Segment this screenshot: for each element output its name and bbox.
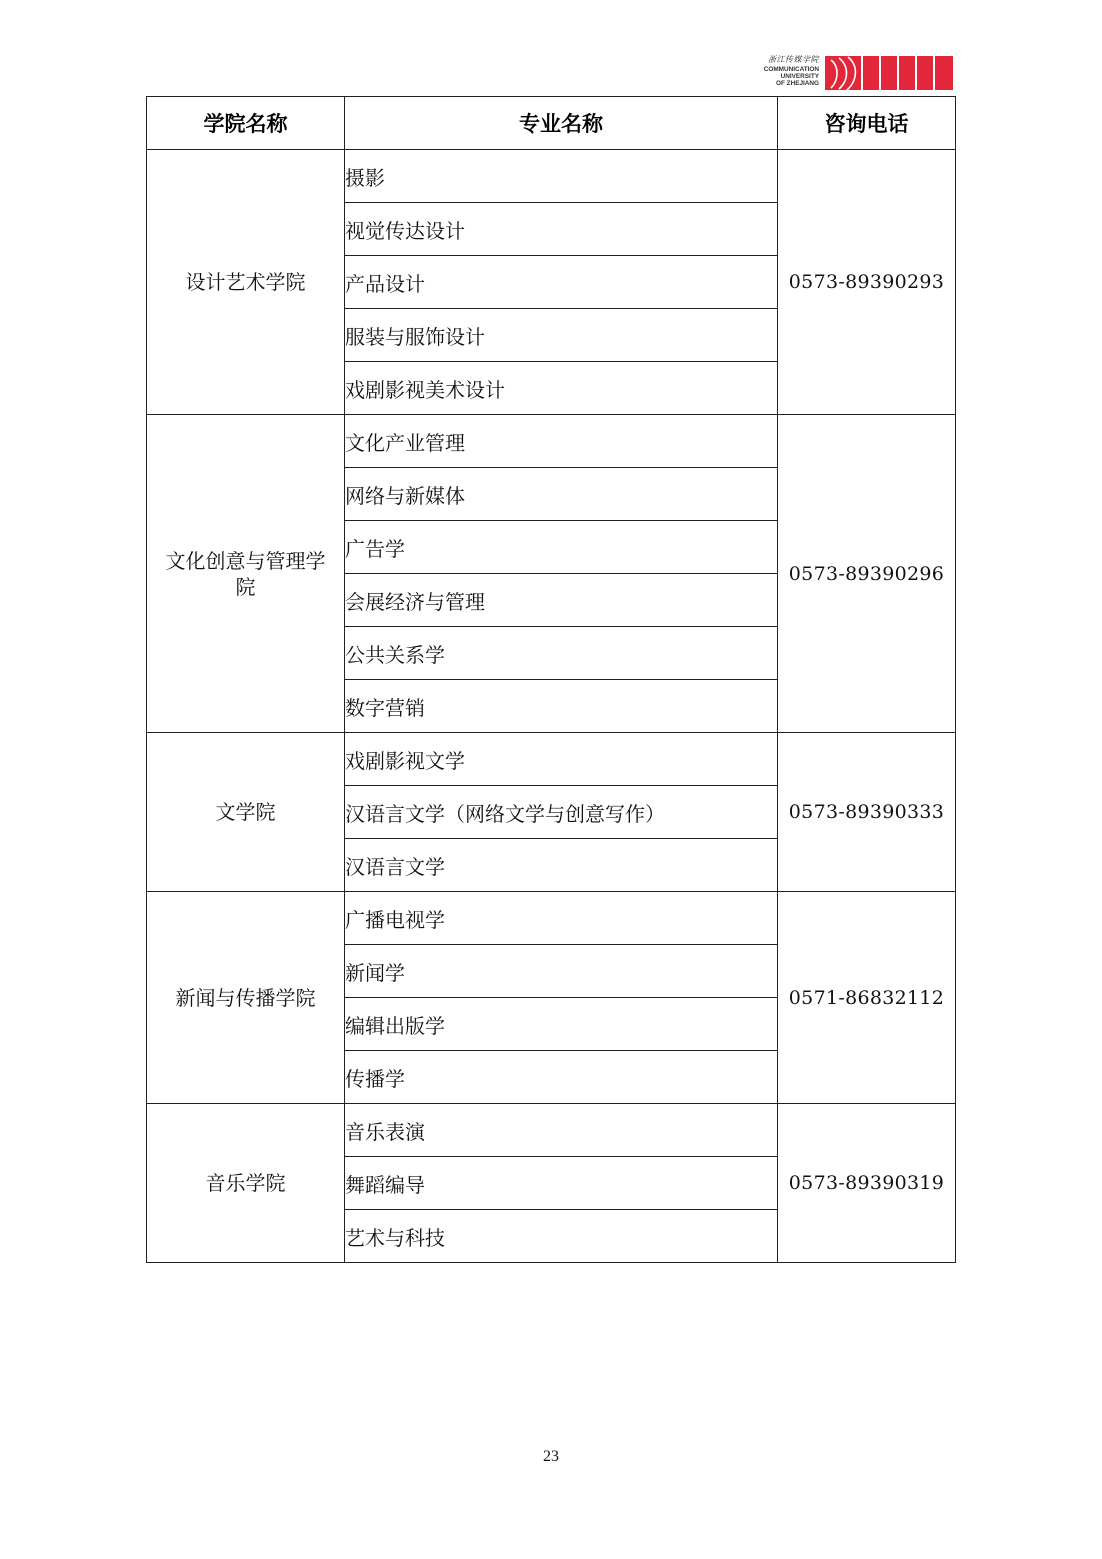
column-header-phone: 咨询电话	[778, 97, 956, 150]
phone-cell: 0573-89390296	[778, 415, 956, 733]
college-name-cell: 新闻与传播学院	[147, 892, 345, 1104]
major-cell: 传播学	[345, 1051, 778, 1104]
major-cell: 数字营销	[345, 680, 778, 733]
college-name-cell: 文学院	[147, 733, 345, 892]
page-number: 23	[0, 1448, 1102, 1466]
major-cell: 戏剧影视美术设计	[345, 362, 778, 415]
logo-chinese-name: 浙江传媒学院	[755, 56, 819, 64]
major-cell: 视觉传达设计	[345, 203, 778, 256]
table-header-row: 学院名称 专业名称 咨询电话	[147, 97, 956, 150]
table-row: 设计艺术学院 摄影 0573-89390293	[147, 150, 956, 203]
major-cell: 公共关系学	[345, 627, 778, 680]
major-cell: 编辑出版学	[345, 998, 778, 1051]
major-cell: 会展经济与管理	[345, 574, 778, 627]
logo-english-line-3: OF ZHEJIANG	[755, 80, 819, 87]
major-cell: 汉语言文学	[345, 839, 778, 892]
major-cell: 艺术与科技	[345, 1210, 778, 1263]
logo-wordmark: 浙江传媒学院 COMMUNICATION UNIVERSITY OF ZHEJI…	[755, 56, 825, 88]
major-cell: 新闻学	[345, 945, 778, 998]
table-row: 文化创意与管理学院 文化产业管理 0573-89390296	[147, 415, 956, 468]
phone-cell: 0571-86832112	[778, 892, 956, 1104]
column-header-college: 学院名称	[147, 97, 345, 150]
major-cell: 戏剧影视文学	[345, 733, 778, 786]
college-name-cell: 设计艺术学院	[147, 150, 345, 415]
major-cell: 服装与服饰设计	[345, 309, 778, 362]
major-cell: 音乐表演	[345, 1104, 778, 1157]
table-row: 文学院 戏剧影视文学 0573-89390333	[147, 733, 956, 786]
phone-cell: 0573-89390319	[778, 1104, 956, 1263]
major-cell: 汉语言文学（网络文学与创意写作）	[345, 786, 778, 839]
table-row: 新闻与传播学院 广播电视学 0571-86832112	[147, 892, 956, 945]
major-cell: 广播电视学	[345, 892, 778, 945]
phone-cell: 0573-89390293	[778, 150, 956, 415]
major-cell: 舞蹈编导	[345, 1157, 778, 1210]
logo-emblem-icon	[825, 56, 953, 90]
major-cell: 网络与新媒体	[345, 468, 778, 521]
logo-english-line-1: COMMUNICATION	[755, 66, 819, 73]
college-name-cell: 音乐学院	[147, 1104, 345, 1263]
major-cell: 广告学	[345, 521, 778, 574]
column-header-major: 专业名称	[345, 97, 778, 150]
major-cell: 产品设计	[345, 256, 778, 309]
majors-contact-table: 学院名称 专业名称 咨询电话 设计艺术学院 摄影 0573-89390293 视…	[146, 96, 956, 1263]
college-name-cell: 文化创意与管理学院	[147, 415, 345, 733]
major-cell: 摄影	[345, 150, 778, 203]
logo-english-line-2: UNIVERSITY	[755, 73, 819, 80]
university-logo: 浙江传媒学院 COMMUNICATION UNIVERSITY OF ZHEJI…	[755, 56, 955, 92]
phone-cell: 0573-89390333	[778, 733, 956, 892]
table-row: 音乐学院 音乐表演 0573-89390319	[147, 1104, 956, 1157]
major-cell: 文化产业管理	[345, 415, 778, 468]
